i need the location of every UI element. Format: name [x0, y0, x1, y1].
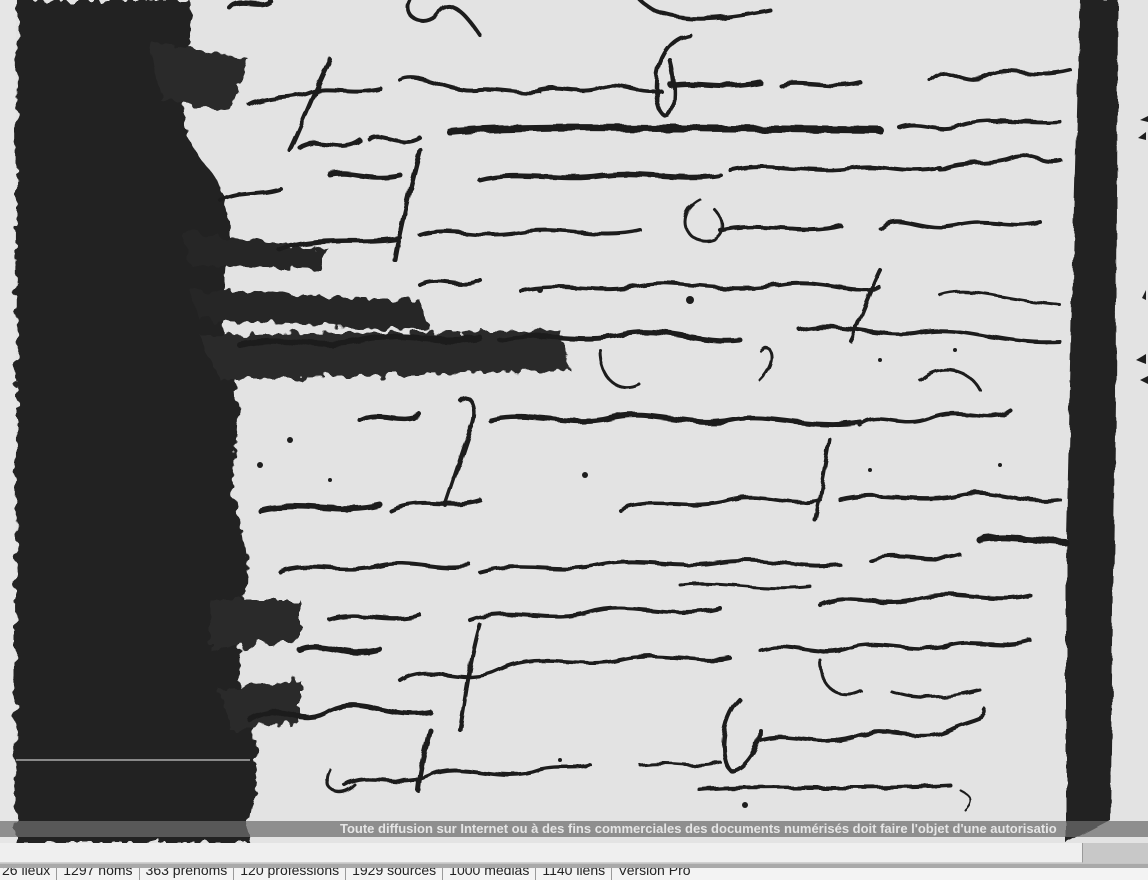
scrollbar-track[interactable] — [0, 843, 1083, 863]
status-version: Version Pro — [612, 868, 696, 880]
status-links-count: 1140 liens — [536, 868, 612, 880]
status-bar: 26 lieux 1297 noms 363 prénoms 120 profe… — [0, 868, 1148, 880]
copyright-watermark-banner: Toute diffusion sur Internet ou à des fi… — [0, 821, 1148, 837]
status-media-count: 1000 médias — [443, 868, 536, 880]
horizontal-scrollbar[interactable] — [0, 843, 1148, 863]
status-professions-count: 120 professions — [234, 868, 346, 880]
image-viewer[interactable]: Toute diffusion sur Internet ou à des fi… — [0, 0, 1148, 843]
status-places-count: 26 lieux — [0, 868, 57, 880]
scanned-document-image — [0, 0, 1148, 843]
status-sources-count: 1929 sources — [346, 868, 443, 880]
status-names-count: 1297 noms — [57, 868, 139, 880]
status-firstnames-count: 363 prénoms — [140, 868, 235, 880]
watermark-text: Toute diffusion sur Internet ou à des fi… — [340, 821, 1057, 837]
